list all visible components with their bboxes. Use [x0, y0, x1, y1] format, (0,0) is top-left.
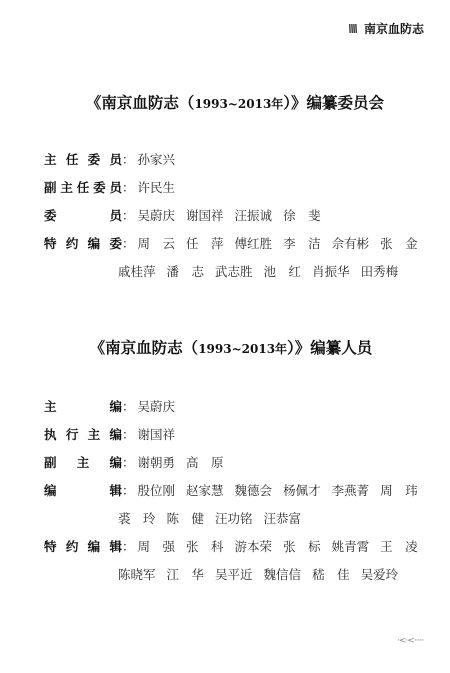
title-years: 1993~2013年 [198, 342, 287, 356]
person-name: 吴爱玲 [361, 565, 399, 583]
person-name: 许民生 [138, 178, 176, 196]
colon: ： [122, 425, 135, 443]
names-list: 谢国祥 [138, 425, 176, 443]
person-name: 吴蔚庆 [138, 206, 176, 224]
person-name: 姚青霄 [332, 537, 370, 555]
person-name: 张 金 [380, 234, 418, 252]
person-name: 佘有彬 [332, 234, 370, 252]
colon: ： [122, 481, 135, 499]
person-name: 任 萍 [186, 234, 224, 252]
staff-row-deputy-editor: 副主编 ： 谢朝勇 高 原 [44, 453, 224, 471]
colon: ： [122, 206, 135, 224]
person-name: 孙家兴 [138, 150, 176, 168]
staff-row-editors: 编辑 ： 殷位刚 赵家慧 魏德会 杨佩才 李燕菁 周 玮 [44, 481, 418, 499]
title-suffix: ）》编纂委员会 [283, 93, 384, 112]
colon: ： [122, 397, 135, 415]
staff-row-special-editors: 特约编辑 ： 周 强 张 科 游本荣 张 标 姚青霄 王 凌 [44, 537, 418, 555]
names-list: 吴蔚庆 谢国祥 汪振诚 徐 斐 [138, 206, 321, 224]
person-name: 李燕菁 [332, 481, 370, 499]
colon: ： [122, 234, 135, 252]
staff-row-special-editors-cont: 陈晓军 江 华 吴平近 魏信信 嵇 佳 吴爱玲 [44, 565, 398, 583]
person-name: 陈 健 [167, 509, 205, 527]
staff-row-editors-cont: 裘 玲 陈 健 汪功铭 汪恭富 [44, 509, 301, 527]
names-list: 裘 玲 陈 健 汪功铭 汪恭富 [118, 509, 301, 527]
staff-row-executive-editor: 执行主编 ： 谢国祥 [44, 425, 175, 443]
person-name: 魏德会 [235, 481, 273, 499]
running-head-mark-icon: \\\\ [346, 22, 358, 35]
person-name: 谢国祥 [138, 425, 176, 443]
person-name: 徐 斐 [283, 206, 321, 224]
person-name: 周 云 [138, 234, 176, 252]
person-name: 游本荣 [235, 537, 273, 555]
person-name: 武志胜 [215, 262, 253, 280]
names-list: 戚桂萍 潘 志 武志胜 池 红 肖振华 田秀梅 [118, 262, 398, 280]
person-name: 谢朝勇 [138, 453, 176, 471]
running-head-title: 南京血防志 [364, 20, 424, 37]
person-name: 汪恭富 [264, 509, 302, 527]
title-years: 1993~2013年 [194, 97, 283, 111]
person-name: 李 洁 [283, 234, 321, 252]
person-name: 张 科 [186, 537, 224, 555]
person-name: 裘 玲 [118, 509, 156, 527]
person-name: 周 强 [138, 537, 176, 555]
names-list: 周 强 张 科 游本荣 张 标 姚青霄 王 凌 [138, 537, 418, 555]
committee-row-special-editors: 特约编委 ： 周 云 任 萍 傅红胜 李 洁 佘有彬 张 金 [44, 234, 418, 252]
committee-section-title: 《南京血防志（1993~2013年）》编纂委员会 [10, 91, 450, 113]
person-name: 赵家慧 [186, 481, 224, 499]
committee-row-director: 主任委员 ： 孙家兴 [44, 150, 175, 168]
person-name: 张 标 [283, 537, 321, 555]
person-name: 汪振诚 [235, 206, 273, 224]
role-label: 特约编辑 [44, 537, 122, 555]
names-list: 许民生 [138, 178, 176, 196]
person-name: 王 凌 [380, 537, 418, 555]
running-head: \\\\ 南京血防志 [348, 20, 424, 37]
footer-ornament-icon: ·<·<····· [397, 636, 423, 646]
role-label: 编辑 [44, 481, 122, 499]
names-list: 陈晓军 江 华 吴平近 魏信信 嵇 佳 吴爱玲 [118, 565, 398, 583]
colon: ： [122, 150, 135, 168]
role-label: 委员 [44, 206, 122, 224]
person-name: 嵇 佳 [312, 565, 350, 583]
role-label: 执行主编 [44, 425, 122, 443]
names-list: 周 云 任 萍 傅红胜 李 洁 佘有彬 张 金 [138, 234, 418, 252]
names-list: 孙家兴 [138, 150, 176, 168]
committee-row-special-editors-cont: 戚桂萍 潘 志 武志胜 池 红 肖振华 田秀梅 [44, 262, 398, 280]
person-name: 肖振华 [312, 262, 350, 280]
person-name: 汪功铭 [215, 509, 253, 527]
colon: ： [122, 453, 135, 471]
person-name: 杨佩才 [283, 481, 321, 499]
names-list: 吴蔚庆 [138, 397, 176, 415]
role-label: 副主编 [44, 453, 122, 471]
person-name: 戚桂萍 [118, 262, 156, 280]
colon: ： [122, 537, 135, 555]
person-name: 吴平近 [215, 565, 253, 583]
person-name: 江 华 [167, 565, 205, 583]
role-label: 主编 [44, 397, 122, 415]
committee-row-deputy-director: 副主任委员 ： 许民生 [44, 178, 175, 196]
person-name: 潘 志 [167, 262, 205, 280]
person-name: 傅红胜 [235, 234, 273, 252]
person-name: 周 玮 [380, 481, 418, 499]
person-name: 高 原 [186, 453, 224, 471]
role-label: 主任委员 [44, 150, 122, 168]
person-name: 田秀梅 [361, 262, 399, 280]
role-label: 副主任委员 [44, 178, 122, 196]
person-name: 池 红 [264, 262, 302, 280]
person-name: 吴蔚庆 [138, 397, 176, 415]
person-name: 殷位刚 [138, 481, 176, 499]
person-name: 谢国祥 [186, 206, 224, 224]
committee-row-members: 委员 ： 吴蔚庆 谢国祥 汪振诚 徐 斐 [44, 206, 321, 224]
title-prefix: 《南京血防志（ [86, 93, 195, 112]
title-suffix: ）》编纂人员 [287, 338, 372, 357]
names-list: 谢朝勇 高 原 [138, 453, 224, 471]
title-prefix: 《南京血防志（ [90, 338, 199, 357]
role-label: 特约编委 [44, 234, 122, 252]
staff-section-title: 《南京血防志（1993~2013年）》编纂人员 [6, 336, 450, 358]
person-name: 陈晓军 [118, 565, 156, 583]
person-name: 魏信信 [264, 565, 302, 583]
names-list: 殷位刚 赵家慧 魏德会 杨佩才 李燕菁 周 玮 [138, 481, 418, 499]
colon: ： [122, 178, 135, 196]
staff-row-chief-editor: 主编 ： 吴蔚庆 [44, 397, 175, 415]
